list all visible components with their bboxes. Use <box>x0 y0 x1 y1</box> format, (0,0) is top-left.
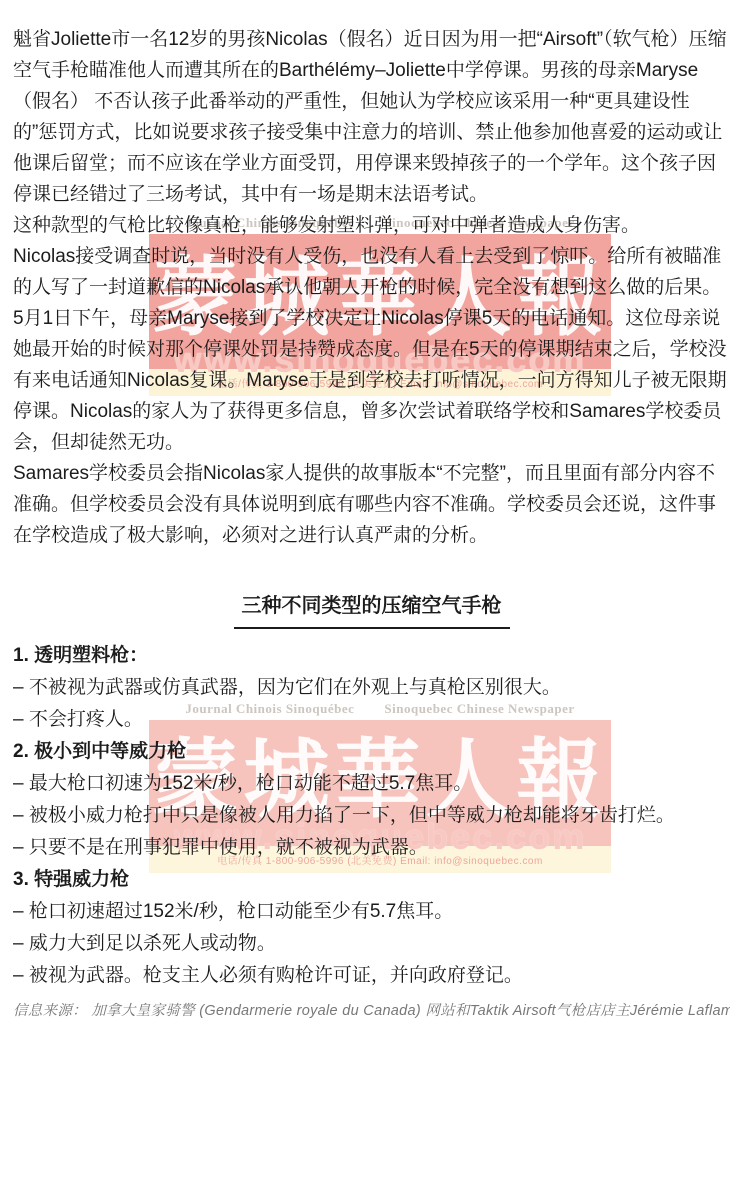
list-item: – 不被视为武器或仿真武器，因为它们在外观上与真枪区别很大。 <box>13 672 730 704</box>
list-item: – 被极小威力枪打中只是像被人用力掐了一下，但中等威力枪却能将牙齿打烂。 <box>13 800 730 832</box>
list-item: – 只要不是在刑事犯罪中使用，就不被视为武器。 <box>13 832 730 864</box>
list-header-type-3: 3. 特强威力枪 <box>13 864 730 896</box>
source-attribution: 信息来源： 加拿大皇家骑警 (Gendarmerie royale du Can… <box>13 1001 730 1021</box>
paragraph-intro: 魁省Joliette市一名12岁的男孩Nicolas（假名）近日因为用一把“Ai… <box>13 24 730 210</box>
list-item: – 不会打疼人。 <box>13 704 730 736</box>
article-body: 魁省Joliette市一名12岁的男孩Nicolas（假名）近日因为用一把“Ai… <box>0 0 743 1021</box>
list-item: – 最大枪口初速为152米/秒，枪口动能不超过5.7焦耳。 <box>13 768 730 800</box>
news-article-page: Journal Chinois Sinoquébec Sinoquebec Ch… <box>0 0 743 1200</box>
list-item: – 威力大到足以杀死人或动物。 <box>13 928 730 960</box>
section-heading: 三种不同类型的压缩空气手枪 <box>234 591 510 629</box>
paragraph-suspension-timeline: 5月1日下午，母亲Maryse接到了学校决定让Nicolas停课5天的电话通知。… <box>13 303 730 458</box>
gun-types-list: 1. 透明塑料枪： – 不被视为武器或仿真武器，因为它们在外观上与真枪区别很大。… <box>13 640 730 992</box>
paragraph-nicolas-statement: Nicolas接受调查时说，当时没有人受伤，也没有人看上去受到了惊吓。给所有被瞄… <box>13 241 730 303</box>
list-item: – 枪口初速超过152米/秒，枪口动能至少有5.7焦耳。 <box>13 896 730 928</box>
paragraph-school-board-response: Samares学校委员会指Nicolas家人提供的故事版本“不完整”，而且里面有… <box>13 458 730 551</box>
list-header-type-1: 1. 透明塑料枪： <box>13 640 730 672</box>
list-header-type-2: 2. 极小到中等威力枪 <box>13 736 730 768</box>
paragraph-gun-description: 这种款型的气枪比较像真枪，能够发射塑料弹，可对中弹者造成人身伤害。 <box>13 210 730 241</box>
list-item: – 被视为武器。枪支主人必须有购枪许可证，并向政府登记。 <box>13 960 730 992</box>
section-heading-wrap: 三种不同类型的压缩空气手枪 <box>13 591 730 629</box>
